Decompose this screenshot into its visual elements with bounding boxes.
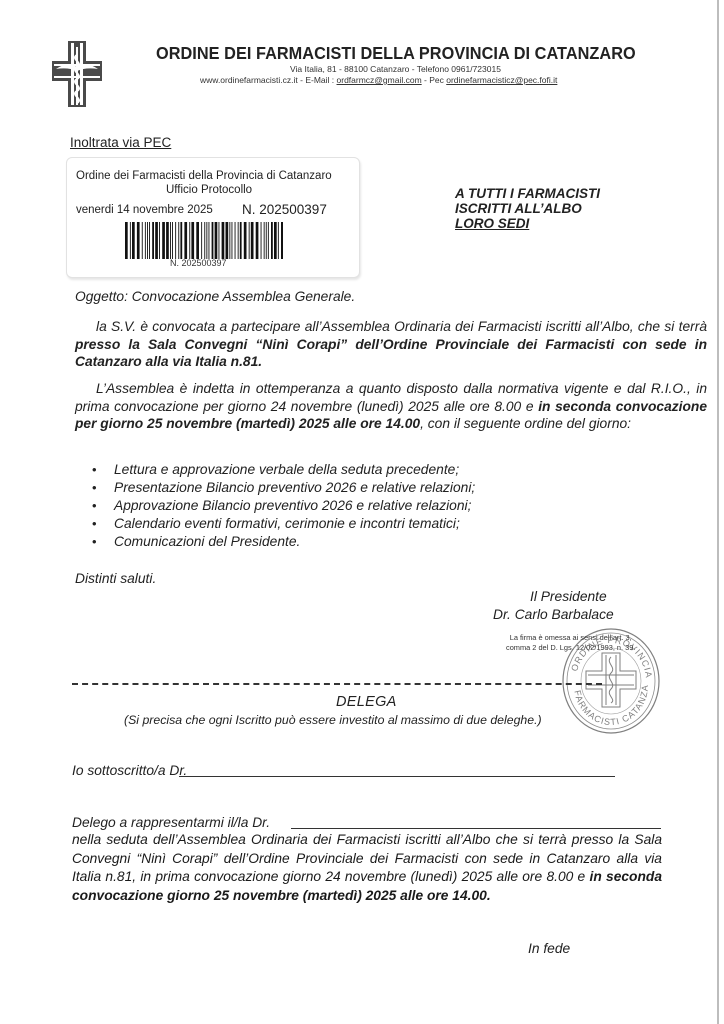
protocol-number: N. 202500397 xyxy=(242,202,327,217)
schedule-paragraph: L’Assemblea è indetta in ottemperanza a … xyxy=(75,380,707,433)
delegate-field[interactable] xyxy=(291,828,661,829)
pec-label: - Pec xyxy=(422,75,447,85)
pec-link[interactable]: ordinefarmacisticz@pec.fofi.it xyxy=(446,75,557,85)
undersigned-field[interactable] xyxy=(179,776,615,777)
undersigned-label: Io sottoscritto/a Dr. xyxy=(72,763,187,778)
delega-title: DELEGA xyxy=(336,694,397,710)
protocol-office: Ufficio Protocollo xyxy=(166,184,252,196)
convocation-paragraph: la S.V. è convocata a partecipare all’As… xyxy=(75,318,707,371)
email-link[interactable]: ordfarmcz@gmail.com xyxy=(337,75,422,85)
recipients: A TUTTI I FARMACISTI ISCRITTI ALL’ALBO L… xyxy=(455,186,600,231)
agenda-item: Approvazione Bilancio preventivo 2026 e … xyxy=(92,497,475,515)
agenda-item: Comunicazioni del Presidente. xyxy=(92,533,475,551)
scan-edge xyxy=(717,0,719,1024)
delega-body: nella seduta dell’Assemblea Ordinaria de… xyxy=(72,831,662,905)
signature-title: Il Presidente xyxy=(530,589,607,604)
paragraph-text: nella seduta dell’Assemblea Ordinaria de… xyxy=(72,832,662,884)
email-label: - E-Mail : xyxy=(298,75,337,85)
delega-note: (Si precisa che ogni Iscritto può essere… xyxy=(124,713,542,727)
agenda-item: Presentazione Bilancio preventivo 2026 e… xyxy=(92,479,475,497)
recipient-line-3: LORO SEDI xyxy=(455,216,600,231)
protocol-date: venerdi 14 novembre 2025 xyxy=(76,204,213,216)
org-contacts: www.ordinefarmacisti.cz.it - E-Mail : or… xyxy=(200,75,557,85)
forward-note: Inoltrata via PEC xyxy=(70,135,171,150)
org-address: Via Italia, 81 - 88100 Catanzaro - Telef… xyxy=(290,64,501,74)
recipient-line-1: A TUTTI I FARMACISTI xyxy=(455,186,600,201)
protocol-org: Ordine dei Farmacisti della Provincia di… xyxy=(76,170,332,182)
recipient-line-2: ISCRITTI ALL’ALBO xyxy=(455,201,600,216)
cut-line xyxy=(72,683,602,685)
pharmacist-cross-caduceus-logo-icon xyxy=(52,41,102,107)
barcode-icon xyxy=(125,222,283,259)
agenda-item: Calendario eventi formativi, cerimonie e… xyxy=(92,515,475,533)
paragraph-text: , con il seguente ordine del giorno: xyxy=(420,416,631,431)
subject-line: Oggetto: Convocazione Assemblea Generale… xyxy=(75,289,355,304)
venue-text: presso la Sala Convegni “Ninì Corapi” de… xyxy=(75,337,707,370)
agenda-item: Lettura e approvazione verbale della sed… xyxy=(92,461,475,479)
closing: Distinti saluti. xyxy=(75,571,156,586)
barcode-number: N. 202500397 xyxy=(170,258,227,268)
signature-name: Dr. Carlo Barbalace xyxy=(493,607,614,622)
agenda-list: Lettura e approvazione verbale della sed… xyxy=(92,461,475,551)
website-link[interactable]: www.ordinefarmacisti.cz.it xyxy=(200,75,298,85)
delegate-label: Delego a rappresentarmi il/la Dr. xyxy=(72,815,270,830)
org-title: ORDINE DEI FARMACISTI DELLA PROVINCIA DI… xyxy=(156,43,636,64)
official-stamp-icon: ORDINE PROVINCIALE FARMACISTI CATANZARO xyxy=(560,625,662,737)
sign-label: In fede xyxy=(528,941,570,956)
paragraph-text: la S.V. è convocata a partecipare all’As… xyxy=(96,319,707,334)
